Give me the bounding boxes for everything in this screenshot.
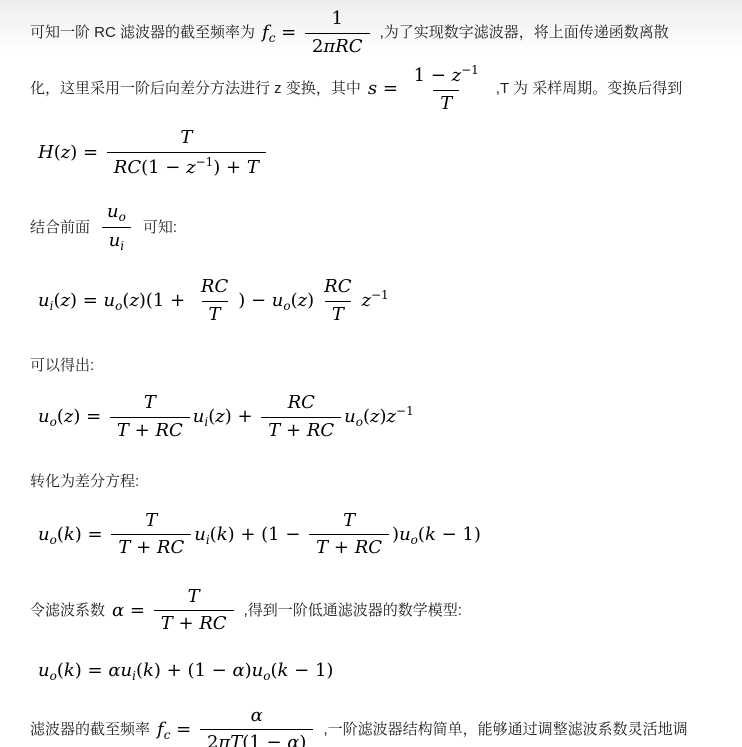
math-roman: ) = bbox=[70, 142, 104, 163]
fraction-denominator: T bbox=[433, 90, 459, 116]
math-var: u bbox=[38, 524, 50, 545]
fraction-denominator: ui bbox=[102, 227, 131, 254]
fraction-numerator: RC bbox=[281, 392, 322, 417]
math-var: α bbox=[287, 732, 299, 747]
fraction-numerator: T bbox=[138, 510, 164, 535]
fraction: TT + RC bbox=[154, 586, 234, 636]
text-run: 可知一阶 RC 滤波器的截至频率为 bbox=[30, 21, 255, 44]
math-var: RC bbox=[288, 392, 315, 413]
para-line-2: 化，这里采用一阶后向差分方法进行 z 变换，其中s = 1 − z−1T,T 为… bbox=[30, 63, 728, 115]
math-subscript: o bbox=[50, 415, 57, 429]
math-var: α bbox=[232, 660, 244, 681]
math-var: z bbox=[129, 290, 138, 311]
math-roman: ) − bbox=[238, 290, 272, 311]
math-var: k bbox=[64, 660, 75, 681]
math-roman: )(1 + bbox=[139, 290, 191, 311]
formula-hz: H(z) = TRC(1 − z−1) + T bbox=[30, 127, 728, 179]
math-roman: ( bbox=[210, 524, 217, 545]
math-var: T bbox=[316, 537, 328, 558]
fraction-numerator: RC bbox=[194, 276, 235, 301]
math-roman: 1 − bbox=[414, 65, 452, 86]
fraction: uoui bbox=[100, 201, 133, 254]
math-roman: ) + bbox=[213, 157, 247, 178]
math-var: u bbox=[194, 524, 206, 545]
math-var: RC bbox=[307, 420, 334, 441]
display-formula: ui(z) = uo(z)(1 + RCT) − uo(z)RCTz−1 bbox=[38, 290, 389, 311]
math-var: z bbox=[61, 142, 70, 163]
math-roman: + bbox=[130, 537, 157, 558]
fraction-numerator: T bbox=[137, 392, 163, 417]
math-roman: = bbox=[377, 78, 404, 99]
fraction-denominator: T bbox=[325, 301, 351, 327]
math-var: u bbox=[38, 660, 50, 681]
math-var: z bbox=[452, 65, 461, 86]
fraction-denominator: T bbox=[202, 301, 228, 327]
fraction-numerator: 1 − z−1 bbox=[407, 63, 486, 90]
math-roman: = bbox=[275, 22, 302, 43]
math-var: RC bbox=[201, 276, 228, 297]
display-formula: uo(k) = TT + RCui(k) + (1 − TT + RC)uo(k… bbox=[38, 524, 481, 545]
math-var: T bbox=[118, 537, 130, 558]
para-alpha: 令滤波系数α = TT + RC,得到一阶低通滤波器的数学模型: bbox=[30, 586, 728, 636]
article-content: 可知一阶 RC 滤波器的截至频率为fc = 12πRC,为了实现数字滤波器，将上… bbox=[0, 0, 742, 747]
text-run: 结合前面 bbox=[30, 216, 90, 239]
para-line-1: 可知一阶 RC 滤波器的截至频率为fc = 12πRC,为了实现数字滤波器，将上… bbox=[30, 8, 728, 58]
math-var: z bbox=[387, 406, 396, 427]
math-var: u bbox=[272, 290, 284, 311]
fraction: 1 − z−1T bbox=[407, 63, 486, 115]
fraction-numerator: RC bbox=[317, 276, 358, 301]
math-roman: ( bbox=[57, 524, 64, 545]
math-roman: ( bbox=[54, 142, 61, 163]
math-var: T bbox=[440, 93, 452, 114]
math-roman: 1 bbox=[332, 8, 343, 29]
math-var: u bbox=[252, 660, 264, 681]
math-roman: − 1) bbox=[288, 660, 333, 681]
math-superscript: −1 bbox=[461, 63, 479, 77]
fraction-denominator: RC(1 − z−1) + T bbox=[107, 152, 266, 180]
fraction-denominator: 2πRC bbox=[305, 33, 370, 59]
math-var: αu bbox=[108, 660, 132, 681]
math-roman: + bbox=[280, 420, 307, 441]
math-var: α bbox=[251, 705, 263, 726]
fraction-numerator: T bbox=[181, 586, 207, 611]
formula-uok: uo(k) = TT + RCui(k) + (1 − TT + RC)uo(k… bbox=[30, 510, 728, 560]
math-var: s bbox=[368, 78, 377, 99]
text-run: 化，这里采用一阶后向差分方法进行 z 变换，其中 bbox=[30, 77, 361, 100]
math-roman: ) + (1 − bbox=[228, 524, 307, 545]
inline-formula: fc = 12πRC bbox=[262, 8, 373, 58]
math-subscript: i bbox=[120, 239, 124, 253]
math-roman: ( bbox=[270, 660, 277, 681]
math-var: k bbox=[217, 524, 228, 545]
math-var: k bbox=[64, 524, 75, 545]
math-roman: 2 bbox=[312, 36, 323, 57]
math-roman: + bbox=[328, 537, 355, 558]
math-var: f bbox=[157, 719, 164, 740]
fraction-numerator: T bbox=[336, 510, 362, 535]
math-roman: ) = bbox=[70, 290, 104, 311]
text-run: 可以得出: bbox=[30, 354, 94, 377]
math-var: z bbox=[64, 406, 73, 427]
math-roman: ( bbox=[136, 660, 143, 681]
math-var: u bbox=[38, 290, 50, 311]
display-formula: H(z) = TRC(1 − z−1) + T bbox=[38, 142, 269, 163]
math-roman: ( bbox=[363, 406, 370, 427]
math-roman: ) bbox=[245, 660, 252, 681]
math-var: z bbox=[298, 290, 307, 311]
math-roman: ) bbox=[299, 732, 306, 747]
display-formula: uo(z) = TT + RCui(z) + RCT + RCuo(z)z−1 bbox=[38, 406, 414, 427]
math-roman: = bbox=[124, 600, 151, 621]
math-var: T bbox=[343, 510, 355, 531]
text-run: 令滤波系数 bbox=[30, 599, 105, 622]
math-roman: 2 bbox=[207, 732, 218, 747]
text-run: ,为了实现数字滤波器，将上面传递函数离散 bbox=[380, 21, 669, 44]
math-subscript: o bbox=[50, 533, 57, 547]
math-var: RC bbox=[114, 157, 141, 178]
fraction-denominator: T + RC bbox=[111, 534, 191, 560]
fraction: TT + RC bbox=[309, 510, 389, 560]
math-subscript: o bbox=[356, 415, 363, 429]
para-difference: 转化为差分方程: bbox=[30, 470, 728, 493]
math-var: u bbox=[344, 406, 356, 427]
math-var: T bbox=[332, 304, 344, 325]
math-var: u bbox=[399, 524, 411, 545]
math-subscript: o bbox=[411, 533, 418, 547]
formula-uok-alpha: uo(k) = αui(k) + (1 − α)uo(k − 1) bbox=[30, 660, 728, 683]
formula-uoz: uo(z) = TT + RCui(z) + RCT + RCuo(z)z−1 bbox=[30, 392, 728, 442]
inline-formula: s = 1 − z−1T bbox=[368, 63, 489, 115]
math-var: k bbox=[425, 524, 436, 545]
text-run: ,一阶滤波器结构简单，能够通过调整滤波系数灵活地调 bbox=[323, 718, 687, 741]
math-roman: ( bbox=[57, 660, 64, 681]
fraction-numerator: 1 bbox=[325, 8, 350, 33]
fraction: TRC(1 − z−1) + T bbox=[107, 127, 266, 179]
text-run: 转化为差分方程: bbox=[30, 470, 139, 493]
math-var: u bbox=[109, 230, 121, 251]
math-var: T bbox=[188, 586, 200, 607]
math-roman: − 1) bbox=[436, 524, 481, 545]
formula-ui: ui(z) = uo(z)(1 + RCT) − uo(z)RCTz−1 bbox=[30, 276, 728, 326]
fraction-denominator: T + RC bbox=[154, 610, 234, 636]
math-var: T bbox=[247, 157, 259, 178]
text-run: 滤波器的截至频率 bbox=[30, 718, 150, 741]
math-subscript: o bbox=[283, 299, 290, 313]
math-var: k bbox=[278, 660, 289, 681]
inline-formula: uoui bbox=[97, 201, 136, 254]
fraction-numerator: T bbox=[173, 127, 199, 152]
math-roman: ) bbox=[307, 290, 314, 311]
math-roman: ) = bbox=[75, 660, 109, 681]
math-var: f bbox=[262, 22, 269, 43]
fraction-numerator: uo bbox=[100, 201, 133, 227]
math-var: T bbox=[145, 510, 157, 531]
math-var: α bbox=[112, 600, 124, 621]
math-var: T bbox=[180, 127, 192, 148]
math-var: RC bbox=[324, 276, 351, 297]
math-subscript: o bbox=[50, 669, 57, 683]
math-var: u bbox=[104, 290, 116, 311]
math-var: H bbox=[38, 142, 54, 163]
fraction-denominator: 2πT(1 − α) bbox=[200, 729, 313, 747]
math-var: πRC bbox=[323, 36, 362, 57]
math-roman: ( bbox=[418, 524, 425, 545]
math-roman: ) = bbox=[75, 524, 109, 545]
math-var: u bbox=[193, 406, 205, 427]
math-var: u bbox=[107, 201, 119, 222]
math-var: RC bbox=[155, 420, 182, 441]
math-var: RC bbox=[355, 537, 382, 558]
inline-formula: fc = α2πT(1 − α) bbox=[157, 705, 316, 747]
fraction-denominator: T + RC bbox=[110, 417, 190, 443]
fraction: TT + RC bbox=[111, 510, 191, 560]
fraction: RCT bbox=[194, 276, 235, 326]
math-var: RC bbox=[199, 613, 226, 634]
fraction-denominator: T + RC bbox=[261, 417, 341, 443]
fraction: α2πT(1 − α) bbox=[200, 705, 313, 747]
display-formula: uo(k) = αui(k) + (1 − α)uo(k − 1) bbox=[38, 660, 333, 681]
fraction: RCT bbox=[317, 276, 358, 326]
math-var: z bbox=[370, 406, 379, 427]
math-roman: ) + bbox=[225, 406, 259, 427]
math-roman: ( bbox=[57, 406, 64, 427]
para-combine: 结合前面uoui可知: bbox=[30, 201, 728, 254]
math-var: T bbox=[117, 420, 129, 441]
fraction: 12πRC bbox=[305, 8, 370, 58]
math-var: T bbox=[268, 420, 280, 441]
fraction: TT + RC bbox=[110, 392, 190, 442]
math-superscript: −1 bbox=[371, 288, 389, 302]
inline-formula: α = TT + RC bbox=[112, 586, 237, 636]
para-cutoff2: 滤波器的截至频率fc = α2πT(1 − α),一阶滤波器结构简单，能够通过调… bbox=[30, 705, 728, 747]
math-roman: = bbox=[170, 719, 197, 740]
math-var: T bbox=[144, 392, 156, 413]
math-roman: ) bbox=[380, 406, 387, 427]
fraction-denominator: T + RC bbox=[309, 534, 389, 560]
text-run: ,T 为 采样周期。变换后得到 bbox=[496, 77, 682, 100]
math-roman: + bbox=[173, 613, 200, 634]
text-run: ,得到一阶低通滤波器的数学模型: bbox=[244, 599, 462, 622]
math-superscript: −1 bbox=[396, 404, 414, 418]
math-roman: + bbox=[129, 420, 156, 441]
math-roman: ) = bbox=[73, 406, 107, 427]
math-superscript: −1 bbox=[196, 155, 214, 169]
math-roman: ) + (1 − bbox=[154, 660, 233, 681]
math-var: z bbox=[215, 406, 224, 427]
text-run: 可知: bbox=[143, 216, 177, 239]
math-var: RC bbox=[157, 537, 184, 558]
math-var: T bbox=[161, 613, 173, 634]
math-var: u bbox=[38, 406, 50, 427]
math-var: T bbox=[209, 304, 221, 325]
math-roman: (1 − bbox=[242, 732, 287, 747]
math-var: k bbox=[143, 660, 154, 681]
para-derive: 可以得出: bbox=[30, 354, 728, 377]
math-roman: (1 − bbox=[141, 157, 186, 178]
math-var: z bbox=[361, 290, 370, 311]
math-var: z bbox=[186, 157, 195, 178]
math-roman: ( bbox=[291, 290, 298, 311]
math-subscript: o bbox=[119, 210, 126, 224]
math-var: πT bbox=[218, 732, 242, 747]
math-var: z bbox=[60, 290, 69, 311]
fraction: RCT + RC bbox=[261, 392, 341, 442]
fraction-numerator: α bbox=[244, 705, 270, 730]
